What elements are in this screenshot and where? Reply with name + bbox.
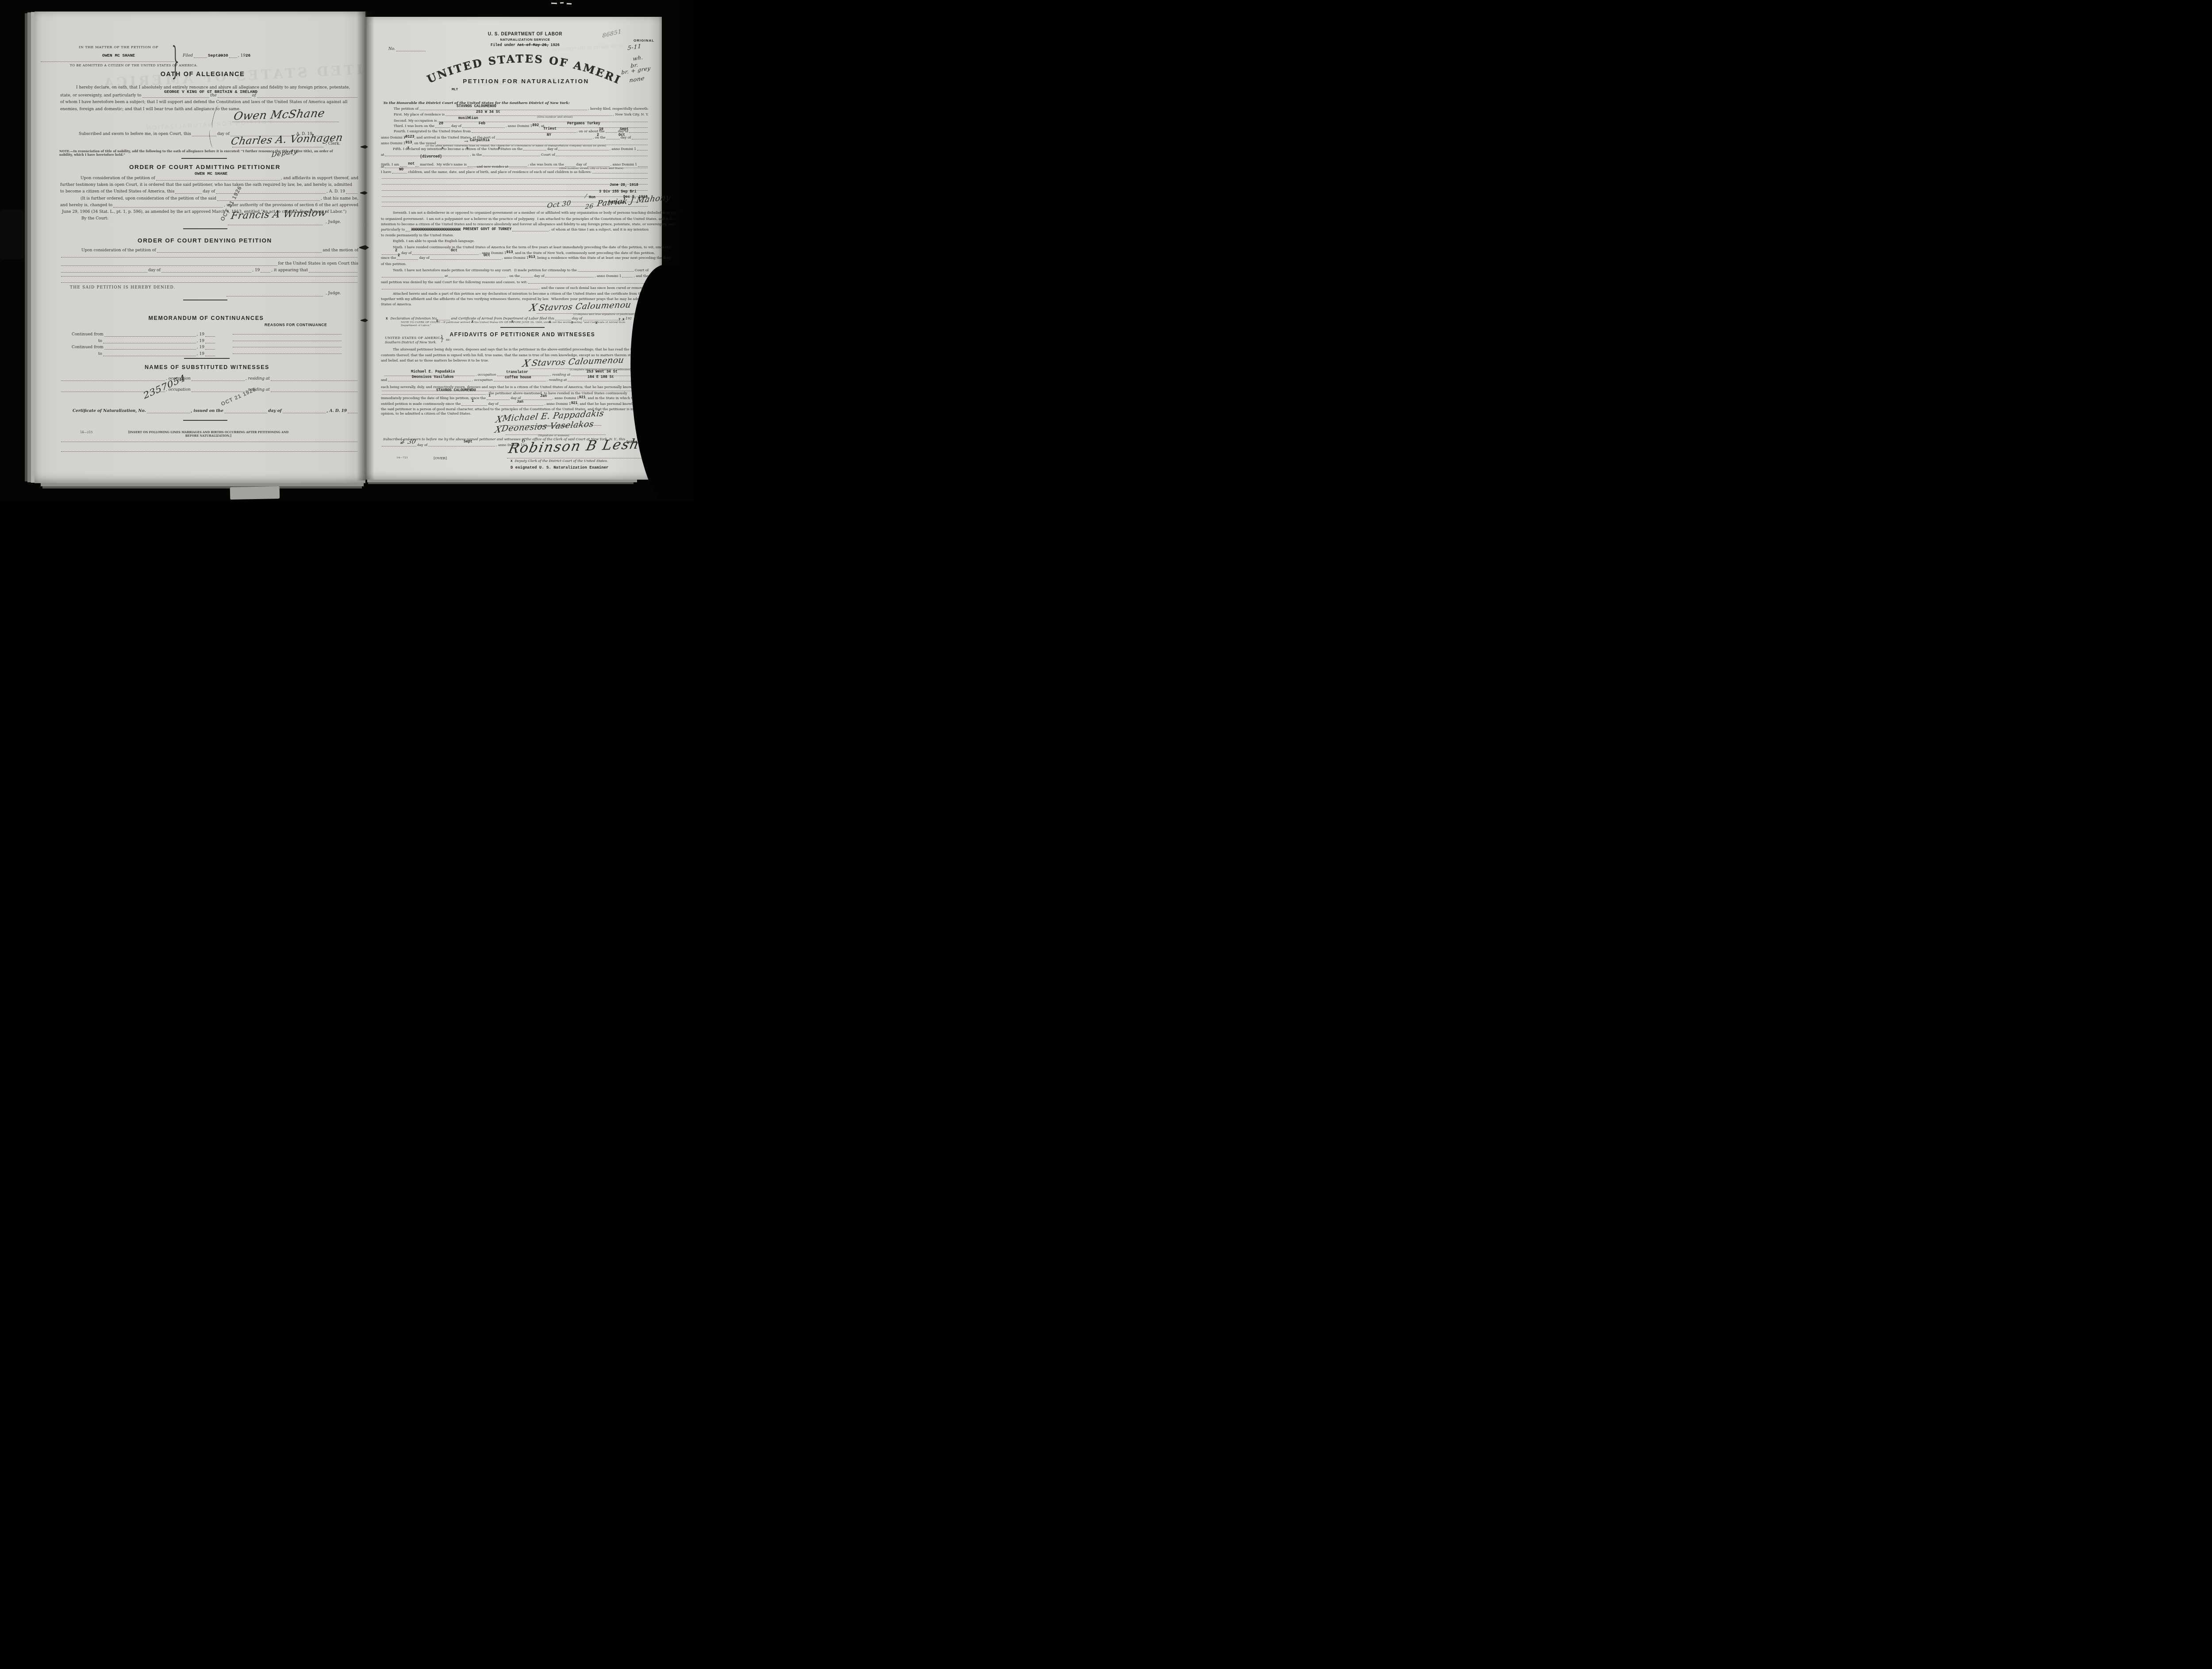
form-text: , residing at bbox=[547, 378, 567, 382]
dotted-blank bbox=[61, 256, 357, 258]
dotted-blank bbox=[406, 230, 410, 231]
form-text: I have bbox=[381, 170, 391, 174]
children-row: I have children, and the name, date, and… bbox=[381, 170, 649, 174]
continuance-row: Continued from , 19 bbox=[72, 346, 216, 350]
dotted-blank bbox=[382, 195, 648, 197]
form-number: 14—721 bbox=[396, 456, 408, 459]
tenth-row: , and the cause of such denial has since… bbox=[381, 286, 649, 290]
dotted-blank bbox=[228, 223, 323, 225]
over-label: [OVER] bbox=[434, 457, 447, 461]
form-text: No. bbox=[388, 47, 396, 52]
dotted-blank bbox=[499, 404, 544, 406]
admitting-row: further testimony taken in open Court, i… bbox=[60, 183, 358, 188]
typed-text-struck: 29 bbox=[218, 53, 223, 58]
dotted-blank bbox=[521, 276, 533, 277]
form-text: Declaration of Intention No. bbox=[391, 317, 438, 320]
form-text: Continued from bbox=[72, 346, 104, 350]
margin-note: wh. bbox=[633, 54, 643, 62]
dotted-blank bbox=[61, 281, 357, 283]
hand-year: 26 bbox=[585, 203, 594, 211]
dotted-blank bbox=[545, 276, 594, 277]
dotted-blank bbox=[348, 411, 357, 413]
dotted-blank bbox=[607, 138, 620, 139]
oath-line: of whom I have heretofore been a subject… bbox=[60, 100, 358, 105]
ninth-row: Ninth. I have resided continuously in th… bbox=[393, 246, 649, 249]
dotted-blank bbox=[382, 183, 648, 185]
dotted-blank bbox=[583, 319, 622, 320]
caption-line: IN THE MATTER OF THE PETITION OF bbox=[79, 45, 158, 49]
form-text: of whom I have heretofore been a subject… bbox=[60, 100, 347, 105]
form-text: the bbox=[210, 94, 217, 98]
form-text: , under authority of the provisions of s… bbox=[224, 204, 358, 208]
form-text: day of bbox=[572, 317, 582, 320]
form-text: , on the bbox=[593, 136, 606, 139]
dotted-blank bbox=[461, 404, 487, 406]
continuance-row: to , 19 bbox=[98, 352, 216, 357]
form-text: Deputy Clerk of the District Court of th… bbox=[515, 459, 608, 463]
form-text: Seventh. I am not a disbeliever in or op… bbox=[393, 211, 685, 215]
dotted-blank bbox=[147, 411, 190, 413]
admitting-heading: ORDER OF COURT ADMITTING PETITIONER bbox=[138, 164, 271, 170]
dotted-blank bbox=[156, 179, 280, 181]
rule-row bbox=[40, 60, 175, 62]
form-text: Filed bbox=[183, 54, 193, 58]
heading-text: NAMES OF SUBSTITUTED WITNESSES bbox=[145, 364, 269, 370]
known-row: entitled petition is made continuously s… bbox=[381, 402, 649, 406]
dotted-blank bbox=[438, 319, 450, 320]
form-text: , Judge. bbox=[326, 220, 341, 225]
form-text: at bbox=[381, 153, 384, 157]
filed-row: Filed Sept 29 30 , 19 26 bbox=[183, 53, 276, 58]
blank-row bbox=[381, 177, 649, 179]
petitioner-name: OWEN MC SHANE bbox=[79, 53, 158, 58]
attached-row: Attached hereto and made a part of this … bbox=[393, 292, 649, 296]
form-text: Ninth. I have resided continuously in th… bbox=[393, 246, 671, 249]
ninth-since-row: since the day of , anno Domini 1 913 , b… bbox=[381, 256, 649, 260]
form-text: First. My place of residence is bbox=[394, 113, 445, 116]
dotted-blank bbox=[388, 380, 471, 381]
typed-text: Hon bbox=[589, 196, 595, 200]
heading-text: AFFIDAVITS OF PETITIONER AND WITNESSES bbox=[450, 331, 595, 338]
examiner-line: D esignated U. S. Naturalization Examine… bbox=[511, 465, 608, 470]
dotted-blank bbox=[637, 149, 648, 150]
dotted-blank bbox=[382, 177, 648, 179]
typed-text: June 28, 1918 bbox=[610, 183, 638, 187]
form-text: entitled petition is made continuously s… bbox=[381, 402, 461, 406]
page-sliver bbox=[230, 486, 280, 500]
seventh-row: to organized government. I am not a poly… bbox=[381, 217, 649, 221]
note-to-clerk: NOTE TO CLERK OF COURT.—If petitioner ar… bbox=[401, 321, 626, 327]
form-text: opinion, to be admitted a citizen of the… bbox=[381, 412, 471, 415]
form-text: to become a citizen of the United States… bbox=[60, 190, 174, 194]
dotted-blank bbox=[382, 276, 444, 277]
admitting-row: (It is further ordered, upon considerati… bbox=[81, 197, 358, 201]
form-text: day of bbox=[268, 409, 281, 414]
first-row: First. My place of residence is , New Yo… bbox=[394, 113, 649, 116]
form-text: day of bbox=[417, 443, 427, 447]
form-text: Second. My occupation is bbox=[394, 119, 437, 123]
seventh-row: to reside permanently in the United Stat… bbox=[381, 234, 649, 237]
dotted-blank bbox=[61, 271, 147, 273]
form-text: of this petition. bbox=[381, 262, 407, 266]
dotted-blank bbox=[142, 96, 210, 98]
known-row: the said petitioner is a person of good … bbox=[381, 408, 649, 411]
typed-text: Sept bbox=[208, 53, 218, 58]
dotted-blank bbox=[175, 192, 202, 194]
continuances-heading: MEMORANDUM OF CONTINUANCES bbox=[140, 315, 273, 321]
typed-text: OWEN MC SHANE bbox=[102, 53, 135, 58]
form-text: , issued on the bbox=[191, 409, 223, 414]
form-text: States of America. bbox=[381, 303, 412, 306]
blank-row bbox=[60, 281, 358, 283]
reason-blank bbox=[232, 333, 342, 335]
form-text: and hereby is, changed to bbox=[60, 204, 112, 208]
signature-line bbox=[227, 223, 323, 226]
dotted-blank bbox=[496, 138, 592, 139]
scratch-mark bbox=[560, 2, 564, 4]
dotted-blank bbox=[104, 348, 196, 350]
brace: } bbox=[441, 335, 443, 343]
oath-line: state, or sovereignty, and particularly … bbox=[60, 94, 358, 98]
dotted-blank bbox=[629, 131, 648, 133]
dotted-blank bbox=[462, 126, 505, 128]
denied-text: THE SAID PETITION IS HEREBY DENIED. bbox=[70, 286, 176, 290]
form-text: , New York City, N. Y. bbox=[613, 113, 649, 116]
form-text: , on the bbox=[507, 274, 520, 278]
dotted-blank bbox=[556, 154, 648, 156]
dotted-blank bbox=[396, 50, 426, 51]
typed-text: 30 bbox=[223, 53, 228, 58]
dotted-blank bbox=[229, 56, 237, 58]
form-text: , anno Domini 1 bbox=[506, 124, 532, 128]
dotted-blank bbox=[205, 335, 215, 337]
section-rule bbox=[184, 358, 230, 359]
form-text: day of bbox=[534, 274, 544, 278]
second-row: Second. My occupation is bbox=[394, 119, 649, 123]
blank-row bbox=[60, 275, 358, 277]
form-text: , and affidavits in support thereof, and bbox=[281, 177, 358, 181]
dotted-blank bbox=[449, 276, 506, 277]
dotted-blank bbox=[161, 271, 251, 273]
heading-text: ORDER OF COURT ADMITTING PETITIONER bbox=[129, 164, 280, 170]
ninth-row: of this petition. bbox=[381, 262, 649, 266]
dotted-blank bbox=[271, 379, 357, 381]
dotted-blank bbox=[192, 135, 216, 136]
form-text: Court of bbox=[635, 269, 649, 272]
admitting-row: to become a citizen of the United States… bbox=[60, 190, 358, 194]
typed-text: PRESENT GOVT OF TURKEY bbox=[463, 227, 512, 231]
form-text: Eighth. I am able to speak the English l… bbox=[393, 239, 475, 243]
signature-line bbox=[231, 120, 340, 123]
dotted-blank bbox=[507, 457, 642, 458]
form-text: immediately preceding the date of filing… bbox=[381, 396, 486, 400]
dotted-blank bbox=[104, 335, 196, 337]
dotted-blank bbox=[555, 319, 571, 320]
form-text: at bbox=[381, 165, 384, 169]
dotted-blank bbox=[428, 445, 495, 446]
admitting-row: and hereby is, changed to , under author… bbox=[60, 204, 358, 208]
continuance-row: to , 19 bbox=[98, 339, 216, 344]
original-label: ORIGINAL bbox=[634, 38, 654, 42]
dotted-blank bbox=[494, 380, 546, 381]
dotted-blank bbox=[385, 166, 473, 168]
form-text: , and the cause of such denial has since… bbox=[539, 286, 649, 290]
dotted-blank bbox=[113, 206, 223, 208]
form-text: and bbox=[381, 378, 387, 382]
form-text: Upon consideration of the petition of bbox=[81, 249, 156, 253]
form-text: , A. D. 19 bbox=[326, 409, 347, 414]
known-row: each being severally, duly, and respecti… bbox=[381, 385, 649, 389]
dotted-blank bbox=[218, 96, 251, 98]
declaration-row: X Declaration of Intention No. and Certi… bbox=[386, 317, 632, 321]
form-text: further testimony taken in open Court, i… bbox=[60, 183, 352, 188]
form-text: day of bbox=[621, 136, 631, 139]
form-text: , 19 bbox=[197, 352, 204, 357]
dotted-blank bbox=[224, 411, 267, 413]
form-text: NOTE.—In renunciation of title of nobili… bbox=[59, 150, 344, 157]
binder-clip bbox=[0, 210, 24, 259]
fifth-row: Fifth. I declared my intention to become… bbox=[393, 147, 649, 151]
form-hint: (Complete and true signature of petition… bbox=[573, 313, 635, 316]
reasons-heading: REASONS FOR CONTINUANCE bbox=[265, 323, 327, 327]
form-text: Attached hereto and made a part of this … bbox=[393, 292, 681, 296]
oath-heading: OATH OF ALLEGIANCE bbox=[136, 71, 269, 78]
form-text: enemies, foreign and domestic; and that … bbox=[60, 108, 241, 112]
x-mark: X bbox=[511, 460, 513, 463]
form-hint: (Give number, street, city or town, and … bbox=[559, 167, 623, 170]
form-text: , it appearing that bbox=[271, 269, 308, 273]
sworn-row: The aforesaid petitioner being duly swor… bbox=[393, 348, 649, 351]
dotted-blank bbox=[61, 440, 357, 442]
form-text: , 19 bbox=[238, 54, 246, 58]
form-text: [INSERT ON FOLLOWING LINES MARRIAGES AND… bbox=[123, 431, 294, 438]
dotted-blank bbox=[257, 96, 357, 98]
form-text: Fifth. I declared my intention to become… bbox=[393, 147, 522, 151]
form-text: intention to become a citizen of the Uni… bbox=[381, 223, 675, 226]
dotted-blank bbox=[233, 346, 342, 347]
margin-note: 5-11 bbox=[627, 43, 641, 52]
dotted-blank bbox=[523, 149, 546, 150]
dotted-blank bbox=[397, 258, 418, 260]
tenth-row: said petition was denied by the said Cou… bbox=[381, 281, 649, 284]
denying-row: for the United States in open Court this bbox=[60, 262, 358, 266]
deputy-row: X Deputy Clerk of the District Court of … bbox=[511, 459, 643, 463]
seventh-row: Seventh. I am not a disbeliever in or op… bbox=[393, 211, 649, 215]
form-text: ss: bbox=[446, 338, 450, 342]
form-text: , 19 bbox=[197, 333, 204, 337]
typed-text: 921 bbox=[579, 396, 586, 400]
form-text: , of whom at this time I am a subject, a… bbox=[549, 228, 649, 231]
form-text: By the Court: bbox=[81, 217, 108, 221]
pencil-number: 86851 bbox=[602, 28, 622, 39]
form-text: to bbox=[98, 339, 102, 344]
form-text: , hereby filed, respectfully showeth: bbox=[588, 107, 649, 111]
dotted-blank bbox=[512, 230, 548, 231]
witness-row: , occupation , residing at bbox=[60, 377, 358, 381]
tenth-row: at , on the day of , anno Domini 1 , and… bbox=[381, 274, 649, 278]
form-text: state, or sovereignty, and particularly … bbox=[60, 94, 142, 98]
dotted-blank bbox=[392, 172, 407, 173]
dotted-blank bbox=[192, 379, 245, 381]
form-text: Subscribed and sworn to before me, in op… bbox=[79, 132, 191, 137]
form-text: , 19 bbox=[252, 269, 260, 273]
dotted-blank bbox=[261, 271, 270, 273]
honorable-line: To the Honorable the District Court of t… bbox=[383, 101, 649, 105]
form-text: anno Domini 1 bbox=[381, 142, 406, 145]
note-row: NOTE.—In renunciation of title of nobili… bbox=[59, 150, 344, 157]
dotted-blank bbox=[233, 333, 342, 335]
form-text: NOTE TO CLERK OF COURT.—If petitioner ar… bbox=[401, 321, 626, 327]
typed-text-struck: XXXXXXXXXXXXXXXXXXXXXXXXXXXX bbox=[411, 228, 460, 232]
date-row: day of , anno Domini 192 bbox=[381, 443, 527, 447]
third-row: Third. I was born on the day of , anno D… bbox=[394, 124, 649, 128]
section-rule bbox=[183, 228, 227, 229]
dotted-blank bbox=[205, 354, 215, 356]
dotted-blank bbox=[578, 270, 634, 272]
typed-text: 921 bbox=[571, 401, 578, 405]
tenth-row: Tenth. I have not heretofore made petiti… bbox=[393, 269, 649, 272]
form-text: , 19 bbox=[197, 339, 204, 344]
form-text: , Clerk. bbox=[326, 142, 340, 146]
blank-row bbox=[381, 183, 649, 185]
page-stack-bottom bbox=[42, 486, 362, 488]
dotted-blank bbox=[632, 138, 648, 139]
dotted-blank bbox=[592, 172, 648, 173]
form-text: Tenth. I have not heretofore made petiti… bbox=[393, 269, 577, 272]
dotted-blank bbox=[61, 264, 277, 266]
form-text: said petition was denied by the said Cou… bbox=[381, 281, 527, 284]
heading-text: NATURALIZATION SERVICE bbox=[500, 38, 550, 42]
section-rule bbox=[500, 327, 545, 328]
form-text: to bbox=[98, 352, 102, 357]
form-text: , being a residence within this State of… bbox=[535, 256, 671, 260]
form-text: , anno Domini 1 bbox=[553, 396, 579, 400]
dept-header: U. S. DEPARTMENT OF LABOR bbox=[445, 32, 605, 37]
dotted-blank bbox=[103, 342, 196, 343]
dotted-blank bbox=[430, 258, 501, 260]
form-text: Fourth. I emigrated to the United States… bbox=[394, 130, 471, 133]
blank-row bbox=[60, 450, 358, 452]
typed-text: 3 Div 155 Dep Bri bbox=[599, 190, 637, 194]
form-text: Upon consideration of the petition of bbox=[81, 177, 155, 181]
dotted-blank bbox=[606, 131, 617, 133]
caption-line: TO BE ADMITTED A CITIZEN OF THE UNITED S… bbox=[70, 63, 203, 67]
form-text: day of bbox=[401, 251, 411, 255]
form-text: and Certificate of Arrival from Departme… bbox=[451, 317, 554, 320]
form-text: at bbox=[445, 274, 448, 278]
dotted-blank bbox=[528, 282, 648, 284]
page-stack-edge bbox=[31, 12, 35, 483]
form-text: since the bbox=[381, 256, 396, 260]
form-text: , residing at bbox=[246, 377, 270, 381]
ninth-date-row: day of , anno Domini 1 913 , and in the … bbox=[381, 251, 649, 255]
dotted-blank bbox=[61, 450, 357, 452]
form-text: , on or about the bbox=[577, 130, 605, 133]
form-text: , occupation bbox=[476, 373, 496, 377]
reason-blank bbox=[232, 346, 342, 348]
form-text: day of bbox=[547, 147, 557, 151]
dotted-blank bbox=[232, 146, 323, 147]
dotted-blank bbox=[271, 390, 357, 392]
right-page: OATH OF ALLEGIANCE IN THE MATTER OF THE … bbox=[365, 17, 662, 480]
heading-text: OATH OF ALLEGIANCE bbox=[161, 71, 245, 78]
dotted-blank bbox=[435, 126, 450, 128]
form-text: day of bbox=[217, 132, 230, 137]
form-text: , anno Domini 1 bbox=[544, 402, 571, 406]
form-text: , anno Domini 1 bbox=[610, 147, 636, 151]
form-text: for the United States in open Court this bbox=[278, 262, 358, 266]
typed-text: 913 bbox=[406, 141, 412, 145]
scratch-mark bbox=[567, 3, 572, 4]
page-edge-shadow bbox=[658, 0, 694, 283]
dotted-blank bbox=[522, 398, 551, 400]
insert-note: [INSERT ON FOLLOWING LINES MARRIAGES AND… bbox=[123, 431, 294, 438]
denying-heading: ORDER OF COURT DENYING PETITION bbox=[138, 237, 271, 244]
form-text: (It is further ordered, upon considerati… bbox=[81, 197, 216, 201]
form-text: , Judge. bbox=[326, 292, 341, 296]
form-text: , in the bbox=[470, 153, 482, 157]
typed-text: (divorced) bbox=[420, 155, 442, 159]
form-hint: (Signature of witness) bbox=[538, 434, 569, 437]
form-text: UNITED STATES OF AMERICA, bbox=[385, 336, 444, 340]
form-text: , A. D. 19 bbox=[326, 190, 345, 194]
dotted-blank bbox=[309, 271, 357, 273]
book-scan: UNITED STATES OF AMERICA PETITION FOR NA… bbox=[0, 0, 694, 500]
typed-text: 892 bbox=[532, 123, 539, 127]
dotted-blank bbox=[205, 342, 215, 343]
certificate-row: Certificate of Naturalization, No. , iss… bbox=[73, 409, 358, 414]
fourth-row: Fourth. I emigrated to the United States… bbox=[394, 130, 649, 133]
form-text: anno Domini 1 bbox=[381, 136, 406, 139]
section-rule bbox=[183, 300, 227, 300]
admitting-row: Upon consideration of the petition of , … bbox=[81, 177, 358, 181]
dotted-blank bbox=[192, 390, 245, 392]
petition-title: PETITION FOR NATURALIZATION bbox=[445, 78, 607, 85]
dotted-blank bbox=[419, 108, 588, 110]
signature-line bbox=[226, 295, 324, 297]
heading-text: U. S. DEPARTMENT OF LABOR bbox=[488, 32, 563, 37]
denying-row: day of , 19 , it appearing that bbox=[60, 269, 358, 273]
typed-text: OWEN MC SHANE bbox=[195, 171, 227, 176]
dotted-blank bbox=[283, 411, 326, 413]
blank-row bbox=[60, 256, 358, 258]
dotted-blank bbox=[382, 288, 538, 289]
petition-of-row: The petition of , hereby filed, respectf… bbox=[394, 107, 649, 111]
dotted-blank bbox=[382, 445, 416, 446]
reason-blank bbox=[232, 339, 342, 342]
form-text: each being severally, duly, and respecti… bbox=[381, 385, 634, 389]
page-stack-bottom bbox=[41, 483, 364, 486]
form-text: day of bbox=[203, 190, 215, 194]
signature-line bbox=[231, 146, 324, 148]
form-text: Court of bbox=[541, 153, 555, 157]
blank-row bbox=[60, 440, 358, 442]
known-row: , the petitioner above-mentioned, to hav… bbox=[381, 392, 649, 395]
form-text: The petition of bbox=[394, 107, 419, 111]
dotted-blank bbox=[205, 348, 215, 350]
dotted-blank bbox=[483, 154, 540, 156]
heading-text: MEMORANDUM OF CONTINUANCES bbox=[148, 315, 264, 321]
denying-row: Upon consideration of the petition of an… bbox=[81, 249, 358, 253]
dotted-blank bbox=[412, 253, 479, 255]
dotted-blank bbox=[487, 398, 510, 400]
form-text: , the petitioner above-mentioned, to hav… bbox=[487, 392, 627, 395]
dotted-blank bbox=[233, 339, 342, 341]
dotted-blank bbox=[472, 131, 576, 133]
dotted-blank bbox=[558, 149, 608, 150]
form-text: day of bbox=[419, 256, 429, 260]
dotted-blank bbox=[157, 251, 322, 253]
